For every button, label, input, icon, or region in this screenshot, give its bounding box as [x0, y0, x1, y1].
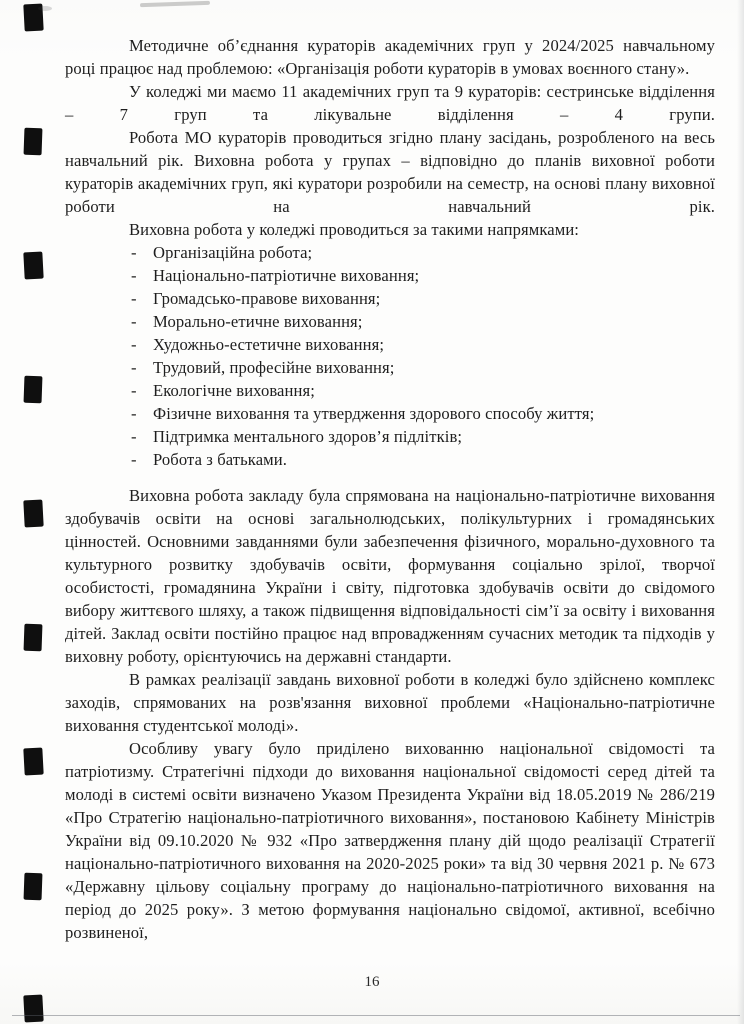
scan-smudge [140, 1, 210, 7]
scan-edge-line [12, 1015, 740, 1016]
list-item: - Організаційна робота; [65, 241, 715, 264]
list-item: - Підтримка ментального здоров’я підлітк… [65, 425, 715, 448]
list-item-label: Громадсько-правове виховання; [153, 287, 715, 310]
binding-mark [23, 252, 43, 280]
binding-mark [24, 128, 43, 156]
scan-smudge [38, 6, 52, 11]
list-item-label: Морально-етичне виховання; [153, 310, 715, 333]
list-item-label: Художньо-естетичне виховання; [153, 333, 715, 356]
list-item-label: Національно-патріотичне виховання; [153, 264, 715, 287]
scanned-page: Методичне об’єднання кураторів академічн… [0, 0, 744, 1024]
page-number: 16 [0, 974, 744, 991]
binding-mark [24, 376, 43, 404]
dash-bullet: - [131, 356, 153, 379]
dash-bullet: - [131, 448, 153, 471]
paragraph-groups-count: У коледжі ми маємо 11 академічних груп т… [65, 80, 715, 126]
list-item: - Громадсько-правове виховання; [65, 287, 715, 310]
binding-mark [24, 624, 43, 652]
binding-mark [24, 873, 43, 901]
paragraph-measures-complex: В рамках реалізації завдань виховної роб… [65, 668, 715, 737]
list-item-label: Трудовий, професійне виховання; [153, 356, 715, 379]
dash-bullet: - [131, 241, 153, 264]
binding-mark [23, 748, 43, 776]
binding-mark [23, 500, 43, 528]
list-item: - Трудовий, професійне виховання; [65, 356, 715, 379]
list-item: - Художньо-естетичне виховання; [65, 333, 715, 356]
list-item-label: Організаційна робота; [153, 241, 715, 264]
list-item: - Робота з батьками. [65, 448, 715, 471]
document-body: Методичне об’єднання кураторів академічн… [65, 34, 715, 944]
dash-bullet: - [131, 379, 153, 402]
dash-bullet: - [131, 425, 153, 448]
list-item-label: Екологічне виховання; [153, 379, 715, 402]
list-item: - Морально-етичне виховання; [65, 310, 715, 333]
dash-bullet: - [131, 287, 153, 310]
binding-mark [23, 995, 43, 1023]
dash-bullet: - [131, 264, 153, 287]
paragraph-national-consciousness: Особливу увагу було приділено вихованню … [65, 737, 715, 944]
list-item: - Національно-патріотичне виховання; [65, 264, 715, 287]
list-item-label: Підтримка ментального здоров’я підлітків… [153, 425, 715, 448]
dash-bullet: - [131, 333, 153, 356]
list-intro: Виховна робота у коледжі проводиться за … [65, 218, 715, 241]
list-item-label: Фізичне виховання та утвердження здорово… [153, 402, 715, 425]
dash-bullet: - [131, 310, 153, 333]
paragraph-mo-work-plan: Робота МО кураторів проводиться згідно п… [65, 126, 715, 218]
list-item-label: Робота з батьками. [153, 448, 715, 471]
paragraph-methodical-association: Методичне об’єднання кураторів академічн… [65, 34, 715, 80]
dash-bullet: - [131, 402, 153, 425]
list-item: - Екологічне виховання; [65, 379, 715, 402]
paragraph-educational-work: Виховна робота закладу була спрямована н… [65, 484, 715, 668]
directions-list: - Організаційна робота; - Національно-па… [65, 241, 715, 471]
scan-edge-shading [737, 0, 744, 1024]
list-item: - Фізичне виховання та утвердження здоро… [65, 402, 715, 425]
